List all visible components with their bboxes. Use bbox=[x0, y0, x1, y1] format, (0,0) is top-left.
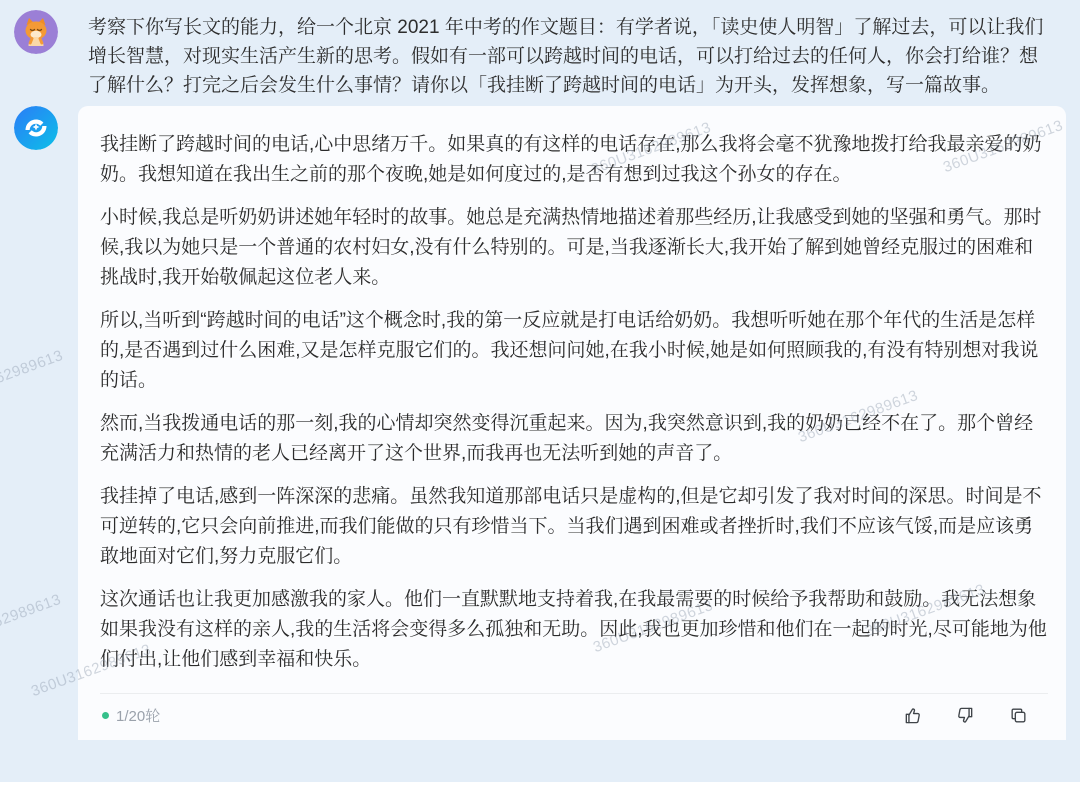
thumbs-down-button[interactable] bbox=[954, 704, 977, 727]
assistant-message-bubble: 我挂断了跨越时间的电话,心中思绪万千。如果真的有这样的电话存在,那么我将会毫不犹… bbox=[78, 106, 1066, 740]
round-counter: 1/20轮 bbox=[116, 705, 160, 726]
window-bottom-edge bbox=[0, 782, 1080, 790]
thumbs-up-button[interactable] bbox=[901, 704, 924, 727]
assistant-paragraph: 这次通话也让我更加感激我的家人。他们一直默默地支持着我,在我最需要的时候给予我帮… bbox=[100, 585, 1048, 675]
assistant-paragraph: 我挂掉了电话,感到一阵深深的悲痛。虽然我知道那部电话只是虚构的,但是它却引发了我… bbox=[100, 482, 1048, 572]
fox-avatar-icon bbox=[14, 10, 58, 54]
assistant-message-row: 我挂断了跨越时间的电话,心中思绪万千。如果真的有这样的电话存在,那么我将会毫不犹… bbox=[0, 100, 1080, 740]
copy-button[interactable] bbox=[1007, 704, 1030, 727]
copy-icon bbox=[1009, 706, 1028, 725]
message-actions bbox=[901, 704, 1044, 727]
chat-page: 360U3162989613 360U3162989613 360U316298… bbox=[0, 0, 1080, 790]
assistant-footer: 1/20轮 bbox=[100, 694, 1048, 740]
user-avatar bbox=[14, 10, 58, 54]
round-indicator: 1/20轮 bbox=[102, 705, 160, 726]
assistant-logo-icon bbox=[14, 106, 58, 150]
assistant-paragraph: 所以,当听到“跨越时间的电话”这个概念时,我的第一反应就是打电话给奶奶。我想听听… bbox=[100, 306, 1048, 396]
assistant-message-text: 我挂断了跨越时间的电话,心中思绪万千。如果真的有这样的电话存在,那么我将会毫不犹… bbox=[100, 130, 1048, 688]
green-dot-icon bbox=[102, 712, 109, 719]
thumbs-down-icon bbox=[956, 706, 975, 725]
user-message-row: 考察下你写长文的能力，给一个北京 2021 年中考的作文题目：有学者说，「读史使… bbox=[0, 0, 1080, 100]
assistant-paragraph: 我挂断了跨越时间的电话,心中思绪万千。如果真的有这样的电话存在,那么我将会毫不犹… bbox=[100, 130, 1048, 190]
user-message-text: 考察下你写长文的能力，给一个北京 2021 年中考的作文题目：有学者说，「读史使… bbox=[88, 10, 1056, 100]
thumbs-up-icon bbox=[903, 706, 922, 725]
assistant-avatar bbox=[14, 106, 58, 150]
assistant-paragraph: 小时候,我总是听奶奶讲述她年轻时的故事。她总是充满热情地描述着那些经历,让我感受… bbox=[100, 203, 1048, 293]
assistant-paragraph: 然而,当我拨通电话的那一刻,我的心情却突然变得沉重起来。因为,我突然意识到,我的… bbox=[100, 409, 1048, 469]
